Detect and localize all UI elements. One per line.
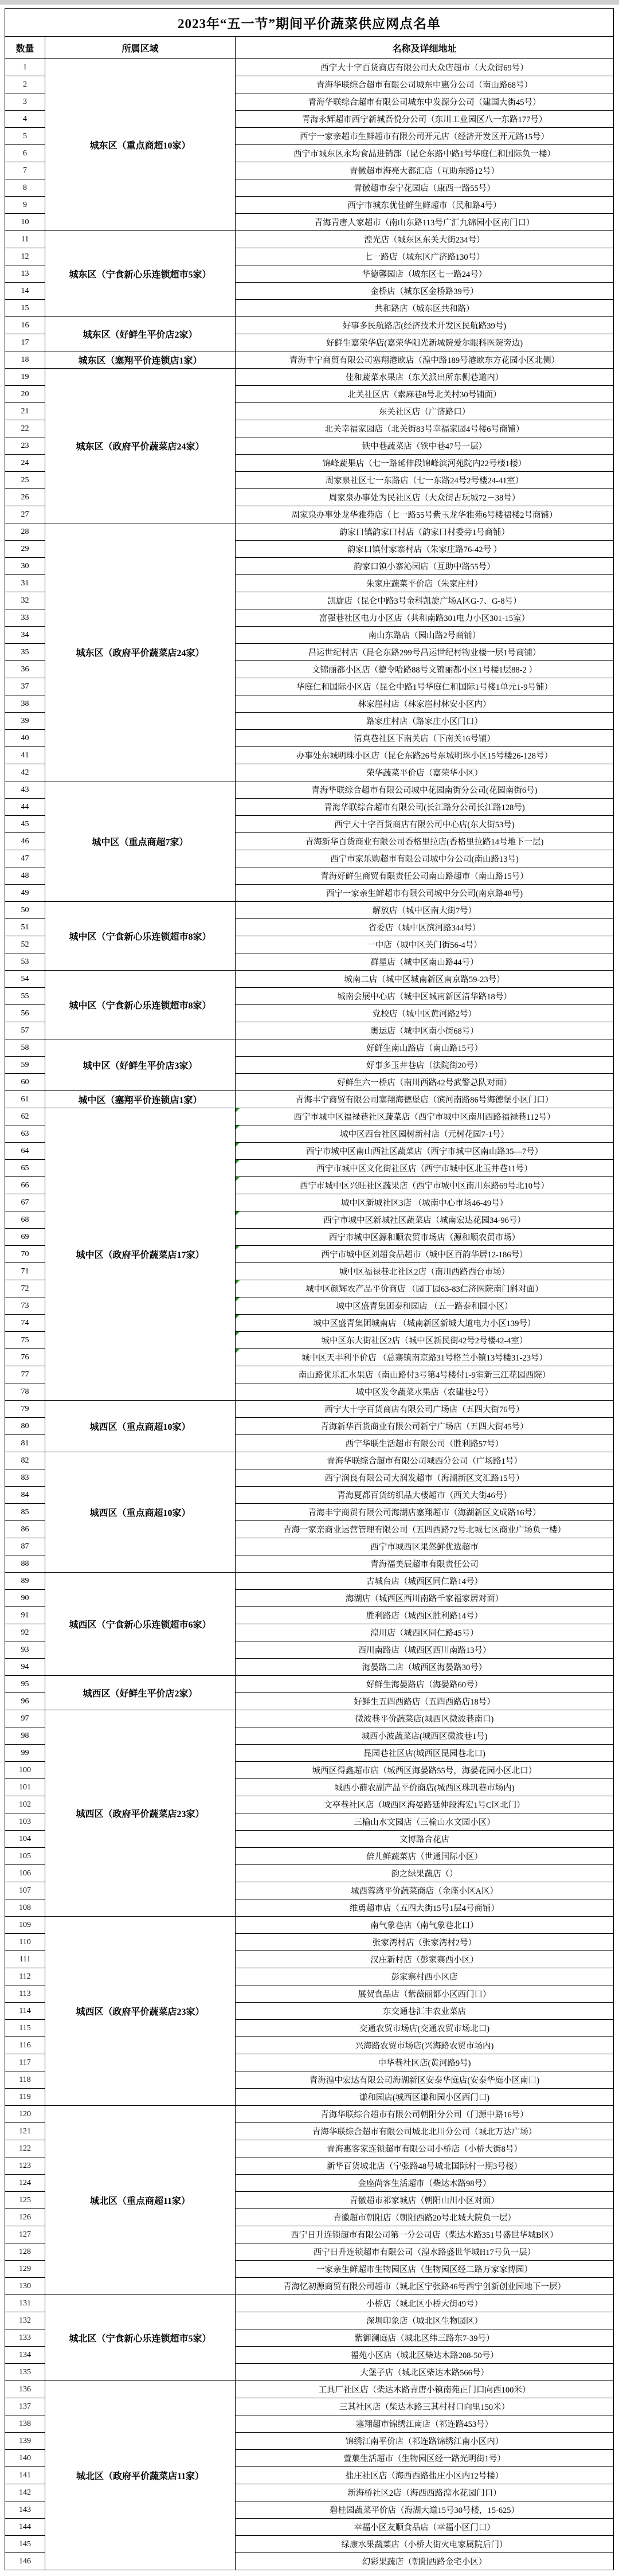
store-cell: 凯旋店（昆仑中路3号金科凯旋广场A区G-7、G-8号） <box>236 592 614 609</box>
row-number-cell: 50 <box>5 902 45 919</box>
document-sheet: 2023年“五一节”期间平价蔬菜供应网点名单 数量 所属区域 名称及详细地址 1… <box>0 5 619 2576</box>
row-number-cell: 45 <box>5 816 45 833</box>
table-row: 11城东区（宁食新心乐连锁超市5家）湟光店（城东区东关大街234号） <box>5 231 614 248</box>
store-cell: 北关幸福家园店（北关街83号幸福家园4号楼6号商铺） <box>236 420 614 437</box>
store-cell: 城南二店（城中区城南新区南京路59-23号） <box>236 971 614 988</box>
row-number-cell: 111 <box>5 1951 45 1968</box>
store-cell: 韵家口镇付家寨村店（朱家庄路76-42号 ） <box>236 541 614 558</box>
row-number-cell: 134 <box>5 2347 45 2364</box>
row-number-cell: 104 <box>5 1831 45 1848</box>
store-cell: 古城台店（城西区同仁路14号） <box>236 1573 614 1590</box>
row-number-cell: 90 <box>5 1590 45 1607</box>
store-cell: 维勇超市店（五四大街15号1层4号商铺） <box>236 1899 614 1917</box>
row-number-cell: 70 <box>5 1246 45 1263</box>
row-number-cell: 62 <box>5 1108 45 1125</box>
row-number-cell: 146 <box>5 2553 45 2570</box>
row-number-cell: 89 <box>5 1573 45 1590</box>
row-number-cell: 139 <box>5 2433 45 2450</box>
table-row: 43城中区（重点商超7家）青海华联综合超市有限公司城中花园南街分公司(花园南街6… <box>5 781 614 799</box>
store-cell: 昆园巷社区店(城西区昆园巷北口) <box>236 1745 614 1762</box>
row-number-cell: 46 <box>5 833 45 850</box>
store-cell: 青海华联综合超市有限公司(长江路分公司长江路128号) <box>236 799 614 816</box>
store-cell: 西宁润良有限公司大润发超市（海湖新区文汇路15号） <box>236 1469 614 1487</box>
row-number-cell: 48 <box>5 867 45 885</box>
row-number-cell: 59 <box>5 1057 45 1074</box>
row-number-cell: 98 <box>5 1727 45 1745</box>
store-cell: 紫御澜庭店（城北区纬三路东7-39号） <box>236 2329 614 2347</box>
store-cell: 青海丰宁商贸有限公司塞翔海德堡店（滨河南路86号海德堡小区门口） <box>236 1091 614 1108</box>
row-number-cell: 96 <box>5 1693 45 1710</box>
row-number-cell: 49 <box>5 885 45 902</box>
region-cell: 城西区（政府平价蔬菜店23家） <box>45 1917 236 2106</box>
store-cell: 兴海路农贸市场店(兴海路农贸市场内) <box>236 2037 614 2054</box>
store-cell: 群星店（城中区南山路44号） <box>236 953 614 971</box>
row-number-cell: 13 <box>5 265 45 283</box>
row-number-cell: 68 <box>5 1211 45 1229</box>
region-cell: 城东区（塞翔平价连锁店1家） <box>45 351 236 369</box>
header-row: 数量 所属区域 名称及详细地址 <box>5 37 614 59</box>
store-cell: 南山路优乐汇水果店（南山路付3号第4号楼付1-9室新三江花园西院） <box>236 1366 614 1383</box>
store-cell: 彭家寨村西小区店 <box>236 1968 614 1985</box>
store-cell: 路家庄村店（路家庄小区门口） <box>236 713 614 730</box>
region-cell: 城东区（宁食新心乐连锁超市5家） <box>45 231 236 317</box>
row-number-cell: 144 <box>5 2519 45 2536</box>
row-number-cell: 63 <box>5 1125 45 1143</box>
row-number-cell: 88 <box>5 1555 45 1573</box>
row-number-cell: 35 <box>5 644 45 661</box>
store-cell: 西宁市城中区刘超食品超市（城中区百韵华居12-186号） <box>236 1246 614 1263</box>
row-number-cell: 18 <box>5 351 45 369</box>
row-number-cell: 118 <box>5 2071 45 2089</box>
region-cell: 城西区（政府平价蔬菜店23家） <box>45 1710 236 1917</box>
row-number-cell: 31 <box>5 575 45 592</box>
store-cell: 青海华联综合超市有限公司朝阳分公司（门源中路16号） <box>236 2106 614 2123</box>
table-row: 109城西区（政府平价蔬菜店23家）南气象巷店（南气象巷北口） <box>5 1917 614 1934</box>
store-cell: 谦和园店(城西区谦和园小区西门口) <box>236 2089 614 2106</box>
store-cell: 青海永辉超市西宁新城吾悦分公司（东川工业园区八一东路177号） <box>236 111 614 128</box>
row-number-cell: 100 <box>5 1762 45 1779</box>
store-cell: 锦峰蔬果店（七一路延伸段锦峰滨河苑院内22号楼1楼） <box>236 455 614 472</box>
store-cell: 盐庄社区店（海西西路盐庄小区内12号楼） <box>236 2467 614 2484</box>
column-header-name-address: 名称及详细地址 <box>236 37 614 59</box>
store-cell: 三榆山水文园店（三榆山水文园小区） <box>236 1813 614 1831</box>
row-number-cell: 65 <box>5 1160 45 1177</box>
row-number-cell: 17 <box>5 334 45 351</box>
row-number-cell: 8 <box>5 179 45 197</box>
store-cell: 西宁市城中区源和顺农贸市场店（源和顺农贸市场） <box>236 1229 614 1246</box>
region-cell: 城北区（重点商超11家） <box>45 2106 236 2295</box>
store-cell: 塞翔超市锦绣江南店（祁连路453号） <box>236 2415 614 2433</box>
table-row: 95城西区（好鲜生平价店2家）好鲜生海晏路店（海晏路60号） <box>5 1676 614 1693</box>
store-cell: 工具厂社区店（柴达木路青唐小镇南苑正门口向西100米） <box>236 2381 614 2398</box>
store-cell: 好事多玉井巷店（法院街20号） <box>236 1057 614 1074</box>
row-number-cell: 71 <box>5 1263 45 1280</box>
row-number-cell: 106 <box>5 1865 45 1882</box>
row-number-cell: 32 <box>5 592 45 609</box>
region-cell: 城北区（政府平价蔬菜店11家） <box>45 2381 236 2570</box>
region-cell: 城中区（好鲜生平价店3家） <box>45 1039 236 1091</box>
table-row: 82城西区（重点商超10家）青海华联综合超市有限公司城西分公司（广场路1号） <box>5 1452 614 1469</box>
row-number-cell: 127 <box>5 2226 45 2243</box>
store-cell: 胜利路店（城西区胜利路14号） <box>236 1607 614 1624</box>
row-number-cell: 101 <box>5 1779 45 1796</box>
row-number-cell: 14 <box>5 283 45 300</box>
row-number-cell: 119 <box>5 2089 45 2106</box>
row-number-cell: 85 <box>5 1504 45 1521</box>
row-number-cell: 25 <box>5 472 45 489</box>
row-number-cell: 66 <box>5 1177 45 1194</box>
row-number-cell: 94 <box>5 1659 45 1676</box>
store-cell: 华庭仁和国际小区店（昆仑中路1号华庭仁和国际1号楼1单元1-9号铺） <box>236 678 614 695</box>
row-number-cell: 92 <box>5 1624 45 1641</box>
row-number-cell: 117 <box>5 2054 45 2071</box>
row-number-cell: 109 <box>5 1917 45 1934</box>
store-cell: 西宁日升连锁超市有限公司第一分公司店（柴达木路351号盛世华城B区） <box>236 2226 614 2243</box>
region-cell: 城东区（政府平价蔬菜店24家） <box>45 523 236 781</box>
row-number-cell: 143 <box>5 2501 45 2519</box>
store-cell: 解放店（城中区南大街7号） <box>236 902 614 919</box>
region-cell: 城中区（塞翔平价连锁店1家） <box>45 1091 236 1108</box>
row-number-cell: 87 <box>5 1538 45 1555</box>
row-number-cell: 40 <box>5 730 45 747</box>
row-number-cell: 73 <box>5 1297 45 1315</box>
row-number-cell: 136 <box>5 2381 45 2398</box>
row-number-cell: 140 <box>5 2450 45 2467</box>
store-cell: 青海华联综合超市有限公司城北北川分公司（城北万达广场） <box>236 2123 614 2140</box>
row-number-cell: 124 <box>5 2175 45 2192</box>
store-cell: 文博路合花店 <box>236 1831 614 1848</box>
store-cell: 青徽超市海亮大都汇店（互助东路12号） <box>236 162 614 179</box>
store-cell: 西宁市城中区福禄巷社区蔬菜店（西宁市城中区南川西路福禄巷112号） <box>236 1108 614 1125</box>
row-number-cell: 11 <box>5 231 45 248</box>
store-cell: 绿康水果蔬菜店（小桥大街火电家属院后门） <box>236 2536 614 2553</box>
row-number-cell: 84 <box>5 1487 45 1504</box>
row-number-cell: 30 <box>5 558 45 575</box>
row-number-cell: 137 <box>5 2398 45 2415</box>
table-row: 19城东区（政府平价蔬菜店24家）佳和蔬菜水果店（东关派出所东侧巷道内） <box>5 369 614 386</box>
store-cell: 周家泉办事处为民社区店（大众街古玩城72－38号） <box>236 489 614 506</box>
store-cell: 好鲜生五四西路店（五四西路店18号） <box>236 1693 614 1710</box>
table-row: 18城东区（塞翔平价连锁店1家）青海丰宁商贸有限公司塞翔港欧店（湟中路189号港… <box>5 351 614 369</box>
store-cell: 城中区盛青集团城南店 （城南新区新城大道电力小区139号） <box>236 1315 614 1332</box>
store-cell: 青海新华百货商业有限公司香格里拉店(香格里拉路14号地下一层) <box>236 833 614 850</box>
store-cell: 小桥店（城北区小桥大街49号） <box>236 2295 614 2312</box>
row-number-cell: 107 <box>5 1882 45 1899</box>
table-row: 62城中区（政府平价蔬菜店17家）西宁市城中区福禄巷社区蔬菜店（西宁市城中区南川… <box>5 1108 614 1125</box>
row-number-cell: 3 <box>5 93 45 111</box>
store-cell: 城中区西台社区园树新村店（元树花园7-1号） <box>236 1125 614 1143</box>
page-title: 2023年“五一节”期间平价蔬菜供应网点名单 <box>5 9 614 37</box>
store-cell: 好事多民航路店(经济技术开发区民航路39号) <box>236 317 614 334</box>
row-number-cell: 69 <box>5 1229 45 1246</box>
row-number-cell: 120 <box>5 2106 45 2123</box>
store-cell: 西宁市家乐购超市有限公司城中分公司(南山路13号) <box>236 850 614 867</box>
row-number-cell: 114 <box>5 2003 45 2020</box>
store-cell: 北关社区店（索麻巷8号北关村30号铺面） <box>236 386 614 403</box>
row-number-cell: 6 <box>5 145 45 162</box>
store-cell: 共和路店（城东区共和路） <box>236 300 614 317</box>
store-cell: 青海一家亲商业运营管理有限公司（五四西路72号北城七区商业广场负一楼） <box>236 1521 614 1538</box>
row-number-cell: 64 <box>5 1143 45 1160</box>
store-cell: 城中区盛青集团泰和园店 （五一路泰和园小区） <box>236 1297 614 1315</box>
store-cell: 海晏路二店（城西区海晏路30号） <box>236 1659 614 1676</box>
region-cell: 城中区（宁食新心乐连锁超市8家） <box>45 971 236 1039</box>
store-cell: 青海好鲜生商贸有限责任公司南山路超市（南山路15号） <box>236 867 614 885</box>
row-number-cell: 37 <box>5 678 45 695</box>
row-number-cell: 19 <box>5 369 45 386</box>
store-cell: 好鲜生海晏路店（海晏路60号） <box>236 1676 614 1693</box>
region-cell: 城西区（好鲜生平价店2家） <box>45 1676 236 1710</box>
store-cell: 西宁日升连锁超市有限公司（湟水路盛世华城H17号负一层） <box>236 2243 614 2261</box>
store-cell: 交通农贸市场店(交通农贸市场北口) <box>236 2020 614 2037</box>
table-row: 28城东区（政府平价蔬菜店24家）韵家口镇韵家口村店（韵家口村委旁1号商铺） <box>5 523 614 541</box>
row-number-cell: 33 <box>5 609 45 627</box>
store-cell: 省委店（城中区滨河路344号） <box>236 919 614 936</box>
store-cell: 富强巷社区电力小区店（共和南路301电力小区301-15室） <box>236 609 614 627</box>
store-cell: 青海福美辰超市有限责任公司 <box>236 1555 614 1573</box>
store-cell: 南山东路店（园山路2号商铺） <box>236 627 614 644</box>
store-cell: 西宁大十字百货商店有限公司中心店(东大街53号) <box>236 816 614 833</box>
row-number-cell: 52 <box>5 936 45 953</box>
store-cell: 铁中巷蔬菜店（铁中巷47号一层） <box>236 437 614 455</box>
store-cell: 湟光店（城东区东关大街234号） <box>236 231 614 248</box>
row-number-cell: 28 <box>5 523 45 541</box>
store-cell: 海湖店（城西区西川南路千家福家居对面） <box>236 1590 614 1607</box>
region-cell: 城东区（好鲜生平价店2家） <box>45 317 236 351</box>
row-number-cell: 74 <box>5 1315 45 1332</box>
store-cell: 周家泉办事处龙华雅苑店（七一路55号紫玉龙华雅苑6号楼裙楼2号商铺） <box>236 506 614 523</box>
region-cell: 城西区（重点商超10家） <box>45 1401 236 1452</box>
store-cell: 佳和蔬菜水果店（东关派出所东侧巷道内） <box>236 369 614 386</box>
store-cell: 西宁市城东优佳鲜生鲜超市（民和路4号） <box>236 197 614 214</box>
store-cell: 西宁市城中区文化街社区店（西宁市城中区北玉井巷11号） <box>236 1160 614 1177</box>
row-number-cell: 54 <box>5 971 45 988</box>
store-cell: 中华巷社区店(黄河路9号) <box>236 2054 614 2071</box>
store-cell: 碧桂园蔬菜平价店（海湖大道15号30号楼，15-625） <box>236 2501 614 2519</box>
row-number-cell: 61 <box>5 1091 45 1108</box>
row-number-cell: 29 <box>5 541 45 558</box>
store-cell: 城西小薛农副产品平价商店(城西区珠玑巷市场内) <box>236 1779 614 1796</box>
store-cell: 韵之绿果蔬店（） <box>236 1865 614 1882</box>
row-number-cell: 60 <box>5 1074 45 1091</box>
store-cell: 青海湟中宏达有限公司海湖新区安泰华庭店(安泰华庭小区南口) <box>236 2071 614 2089</box>
store-cell: 东交通巷汇丰农业菜店 <box>236 2003 614 2020</box>
row-number-cell: 42 <box>5 764 45 781</box>
table-row: 97城西区（政府平价蔬菜店23家）微波巷平价蔬菜店(城西区微波巷南口) <box>5 1710 614 1727</box>
row-number-cell: 105 <box>5 1848 45 1865</box>
store-cell: 幻彩果蔬店（朝阳西路金宅小区） <box>236 2553 614 2570</box>
title-row: 2023年“五一节”期间平价蔬菜供应网点名单 <box>5 9 614 37</box>
store-cell: 城中区新城社区3店 （城南中心市场46-49号） <box>236 1194 614 1211</box>
store-cell: 林家崖村店（林家崖村林安小区内） <box>236 695 614 713</box>
row-number-cell: 56 <box>5 1005 45 1022</box>
table-body: 1城东区（重点商超10家）西宁大十字百货商店有限公司大众店超市（大众街69号）2… <box>5 59 614 2570</box>
store-cell: 福苑小区店（城北区柴达木路208-50号） <box>236 2347 614 2364</box>
store-cell: 青海华联综合超市有限公司城西分公司（广场路1号） <box>236 1452 614 1469</box>
store-cell: 西宁一家亲超市生鲜超市有限公司开元店（经济开发区开元路15号） <box>236 128 614 145</box>
row-number-cell: 93 <box>5 1641 45 1659</box>
store-cell: 好鲜生嘉荣华店(嘉荣华阳光新城院爱尔眼科医院旁边) <box>236 334 614 351</box>
row-number-cell: 10 <box>5 214 45 231</box>
row-number-cell: 12 <box>5 248 45 265</box>
row-number-cell: 128 <box>5 2243 45 2261</box>
store-cell: 深圳印象店（城北区生物园区） <box>236 2312 614 2329</box>
store-cell: 青海新华百货商业有限公司新宁广场店（五四大街45号） <box>236 1418 614 1435</box>
store-cell: 金桥店（城东区金桥路39号） <box>236 283 614 300</box>
region-cell: 城中区（宁食新心乐连锁超市8家） <box>45 902 236 971</box>
store-cell: 青海夏都百货纺织品大楼超市（西关大街46号） <box>236 1487 614 1504</box>
store-cell: 倍儿鲜蔬菜店（世通国际小区） <box>236 1848 614 1865</box>
row-number-cell: 113 <box>5 1985 45 2003</box>
row-number-cell: 21 <box>5 403 45 420</box>
row-number-cell: 81 <box>5 1435 45 1452</box>
row-number-cell: 9 <box>5 197 45 214</box>
store-cell: 湟川店（城西区同仁路45号） <box>236 1624 614 1641</box>
store-cell: 西宁大十字百货商店有限公司广场店（五四大街76号） <box>236 1401 614 1418</box>
store-cell: 周家泉社区七一东路店（七一东路24号2号楼24-41室） <box>236 472 614 489</box>
store-cell: 南气象巷店（南气象巷北口） <box>236 1917 614 1934</box>
row-number-cell: 20 <box>5 386 45 403</box>
region-cell: 城东区（重点商超10家） <box>45 59 236 231</box>
store-cell: 金座尚客生活超市（柴达木路98号） <box>236 2175 614 2192</box>
row-number-cell: 44 <box>5 799 45 816</box>
store-cell: 文亭巷社区店（城西区海晏路延伸段海宏1号C区北门） <box>236 1796 614 1813</box>
store-cell: 七一路店（城东区广济路130号） <box>236 248 614 265</box>
store-cell: 西宁一家亲生鲜超市有限公司城中分公司(南京路48号) <box>236 885 614 902</box>
row-number-cell: 38 <box>5 695 45 713</box>
store-cell: 青海华联综合超市有限公司城中花园南街分公司(花园南街6号) <box>236 781 614 799</box>
store-cell: 幸福小区友顺食品店（幸福小区门口） <box>236 2519 614 2536</box>
row-number-cell: 99 <box>5 1745 45 1762</box>
table-row: 16城东区（好鲜生平价店2家）好事多民航路店(经济技术开发区民航路39号) <box>5 317 614 334</box>
table-row: 50城中区（宁食新心乐连锁超市8家）解放店（城中区南大街7号） <box>5 902 614 919</box>
store-cell: 萱菓生活超市（生物园区经一路光明街1号） <box>236 2450 614 2467</box>
store-cell: 城中区福禄巷北社区2店（南川西路西台市场） <box>236 1263 614 1280</box>
store-cell: 三其社区店（柴达木路三其村村口向里150米） <box>236 2398 614 2415</box>
store-cell: 青徽超市祁家城店（朝阳山川小区对面） <box>236 2192 614 2209</box>
row-number-cell: 126 <box>5 2209 45 2226</box>
row-number-cell: 130 <box>5 2278 45 2295</box>
region-cell: 城中区（重点商超7家） <box>45 781 236 902</box>
row-number-cell: 138 <box>5 2415 45 2433</box>
region-cell: 城东区（政府平价蔬菜店24家） <box>45 369 236 523</box>
store-cell: 西宁市城中区新城社区蔬菜店（城南宏达花园34-96号） <box>236 1211 614 1229</box>
row-number-cell: 57 <box>5 1022 45 1039</box>
row-number-cell: 36 <box>5 661 45 678</box>
row-number-cell: 43 <box>5 781 45 799</box>
row-number-cell: 110 <box>5 1934 45 1951</box>
row-number-cell: 122 <box>5 2140 45 2157</box>
store-cell: 韵家口镇小寨沁园店（互助中路55号） <box>236 558 614 575</box>
row-number-cell: 55 <box>5 988 45 1005</box>
store-cell: 城中区东大街社区2店（城中区新民街42号2号楼42-4室） <box>236 1332 614 1349</box>
row-number-cell: 121 <box>5 2123 45 2140</box>
store-cell: 城西区得鑫超市店（城西区海晏路55号，海晏花园小区北口） <box>236 1762 614 1779</box>
row-number-cell: 145 <box>5 2536 45 2553</box>
store-cell: 办事处东城明珠小区店（昆仑东路26号东城明珠小区15号楼26-128号） <box>236 747 614 764</box>
row-number-cell: 129 <box>5 2261 45 2278</box>
table-row: 61城中区（塞翔平价连锁店1家）青海丰宁商贸有限公司塞翔海德堡店（滨河南路86号… <box>5 1091 614 1108</box>
store-cell: 展贺食品店（紫薇丽都小区西门口） <box>236 1985 614 2003</box>
row-number-cell: 86 <box>5 1521 45 1538</box>
row-number-cell: 80 <box>5 1418 45 1435</box>
store-cell: 昌运世纪村店（昆仑东路299号昌运世纪村物业楼一层1号商铺） <box>236 644 614 661</box>
row-number-cell: 116 <box>5 2037 45 2054</box>
row-number-cell: 58 <box>5 1039 45 1057</box>
store-cell: 城西小波蔬菜店(城西区微波巷1号) <box>236 1727 614 1745</box>
row-number-cell: 78 <box>5 1383 45 1401</box>
row-number-cell: 72 <box>5 1280 45 1297</box>
row-number-cell: 77 <box>5 1366 45 1383</box>
store-cell: 荣华蔬菜平价店（嘉荣华小区） <box>236 764 614 781</box>
store-cell: 城南会展中心店（城中区城南新区清华路18号） <box>236 988 614 1005</box>
table-row: 1城东区（重点商超10家）西宁大十字百货商店有限公司大众店超市（大众街69号） <box>5 59 614 76</box>
region-cell: 城中区（政府平价蔬菜店17家） <box>45 1108 236 1401</box>
row-number-cell: 51 <box>5 919 45 936</box>
row-number-cell: 24 <box>5 455 45 472</box>
store-cell: 党校店（城中区黄河路2号） <box>236 1005 614 1022</box>
row-number-cell: 95 <box>5 1676 45 1693</box>
store-cell: 青海丰宁商贸有限公司塞翔港欧店（湟中路189号港欧东方花园小区北侧） <box>236 351 614 369</box>
store-cell: 张家湾村店（张家湾村2号） <box>236 1934 614 1951</box>
store-cell: 朱家庄蔬菜平价店（朱家庄村） <box>236 575 614 592</box>
row-number-cell: 133 <box>5 2329 45 2347</box>
store-cell: 城西蓉湾平价蔬菜商店（金座小区A区） <box>236 1882 614 1899</box>
store-cell: 西宁市城中区兴旺社区蔬果店（西宁市城中区南川东路69号北10号） <box>236 1177 614 1194</box>
window-top-strip <box>0 0 619 5</box>
table-row: 58城中区（好鲜生平价店3家）好鲜生南山路店（南山路15号） <box>5 1039 614 1057</box>
row-number-cell: 79 <box>5 1401 45 1418</box>
store-cell: 华德馨园店（城东区七一路24号） <box>236 265 614 283</box>
row-number-cell: 22 <box>5 420 45 437</box>
row-number-cell: 16 <box>5 317 45 334</box>
row-number-cell: 7 <box>5 162 45 179</box>
store-cell: 好鲜生南山路店（南山路15号） <box>236 1039 614 1057</box>
store-cell: 青徽超市泰宁花园店（康西一路55号） <box>236 179 614 197</box>
store-cell: 一中店（城中区关门街56-4号） <box>236 936 614 953</box>
store-cell: 城中区天丰利平价店 （总寨镇南京路31号格兰小镇13号楼31-23号） <box>236 1349 614 1366</box>
region-cell: 城西区（重点商超10家） <box>45 1452 236 1573</box>
row-number-cell: 123 <box>5 2157 45 2175</box>
row-number-cell: 115 <box>5 2020 45 2037</box>
store-cell: 微波巷平价蔬菜店(城西区微波巷南口) <box>236 1710 614 1727</box>
vegetable-supply-table: 2023年“五一节”期间平价蔬菜供应网点名单 数量 所属区域 名称及详细地址 1… <box>5 8 614 2570</box>
row-number-cell: 76 <box>5 1349 45 1366</box>
row-number-cell: 47 <box>5 850 45 867</box>
row-number-cell: 75 <box>5 1332 45 1349</box>
region-cell: 城西区（宁食新心乐连锁超市6家） <box>45 1573 236 1676</box>
store-cell: 青徽超市朝阳店（朝阳西路20号北城大院负一层） <box>236 2209 614 2226</box>
row-number-cell: 15 <box>5 300 45 317</box>
table-row: 79城西区（重点商超10家）西宁大十字百货商店有限公司广场店（五四大街76号） <box>5 1401 614 1418</box>
row-number-cell: 135 <box>5 2364 45 2381</box>
table-row: 120城北区（重点商超11家）青海华联综合超市有限公司朝阳分公司（门源中路16号… <box>5 2106 614 2123</box>
row-number-cell: 23 <box>5 437 45 455</box>
row-number-cell: 26 <box>5 489 45 506</box>
row-number-cell: 142 <box>5 2484 45 2501</box>
row-number-cell: 97 <box>5 1710 45 1727</box>
store-cell: 西宁市城中区南山西社区蔬菜店（西宁市城中区南山路35—7号） <box>236 1143 614 1160</box>
store-cell: 新海桥社区2店（海西西路湟水花园门口） <box>236 2484 614 2501</box>
row-number-cell: 131 <box>5 2295 45 2312</box>
store-cell: 城中区颜辉农产品平价商店 （园丁园63-83仁济医院南门斜对面） <box>236 1280 614 1297</box>
row-number-cell: 41 <box>5 747 45 764</box>
store-cell: 清真巷社区下南关店（下南关16号铺） <box>236 730 614 747</box>
row-number-cell: 5 <box>5 128 45 145</box>
column-header-count: 数量 <box>5 37 45 59</box>
table-row: 136城北区（政府平价蔬菜店11家）工具厂社区店（柴达木路青唐小镇南苑正门口向西… <box>5 2381 614 2398</box>
store-cell: 青海华联综合超市有限公司城东中惠分公司（南山路68号） <box>236 76 614 93</box>
